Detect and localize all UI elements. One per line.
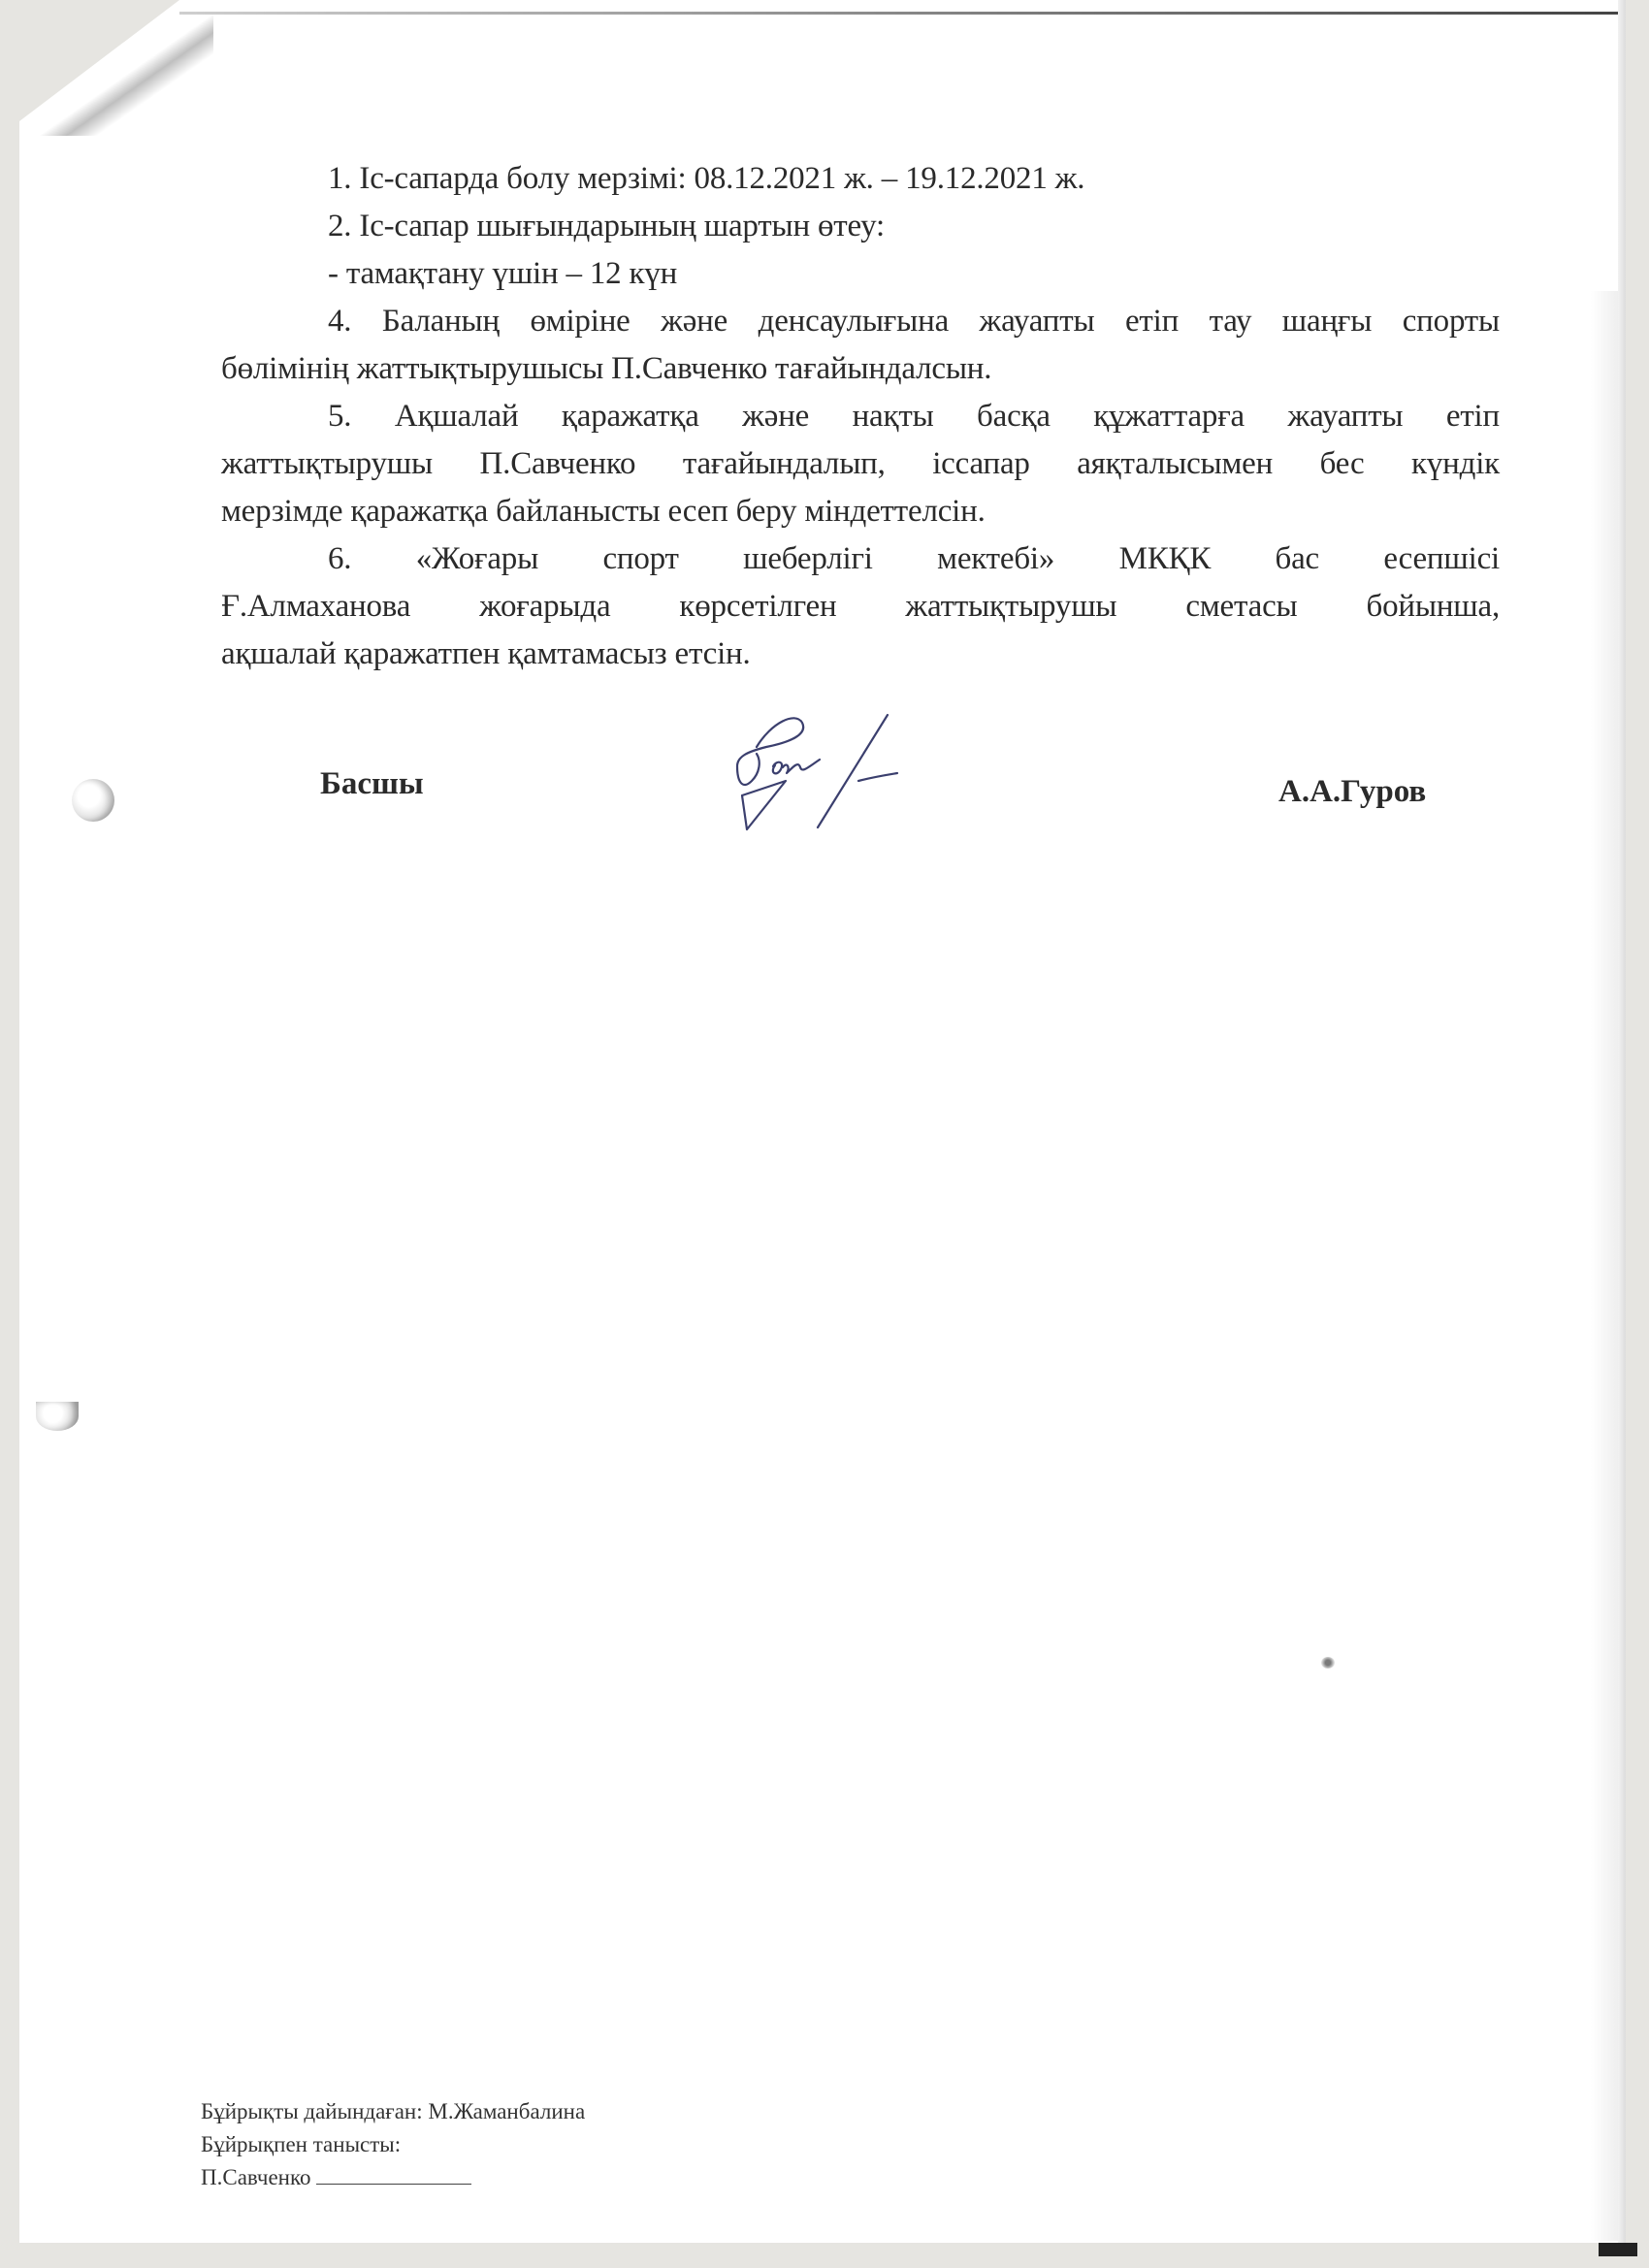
item-5-line-2: жаттықтырушы П.Савченко тағайындалып, іс… — [221, 440, 1500, 488]
handwritten-signature-icon — [713, 703, 926, 849]
paper-right-edge — [1618, 0, 1626, 2243]
order-footer: Бұйрықты дайындаған: М.Жаманбалина Бұйры… — [201, 2095, 585, 2194]
item-6-line-1: 6. «Жоғары спорт шеберлігі мектебі» МКҚК… — [221, 535, 1500, 583]
prepared-by: Бұйрықты дайындаған: М.Жаманбалина — [201, 2095, 585, 2128]
scanned-page: 1. Іс-сапарда болу мерзімі: 08.12.2021 ж… — [0, 0, 1649, 2268]
item-6-paragraph: 6. «Жоғары спорт шеберлігі мектебі» МКҚК… — [221, 535, 1500, 678]
item-1-trip-period: 1. Іс-сапарда болу мерзімі: 08.12.2021 ж… — [221, 155, 1500, 203]
punch-hole-top — [72, 779, 114, 822]
item-4-line-1: 4. Баланың өміріне және денсаулығына жау… — [221, 298, 1500, 345]
punch-hole-bottom — [36, 1402, 79, 1431]
paper-top-edge — [179, 12, 1622, 15]
paper-right-shadow — [1591, 291, 1620, 2241]
signatory-name: А.А.Гуров — [1278, 774, 1426, 810]
ink-speck — [1321, 1657, 1335, 1669]
signatory-title: Басшы — [320, 766, 424, 802]
signature-blank-line — [316, 2162, 471, 2185]
item-6-line-2: Ғ.Алмаханова жоғарыда көрсетілген жаттық… — [221, 583, 1500, 631]
order-body: 1. Іс-сапарда болу мерзімі: 08.12.2021 ж… — [221, 155, 1500, 678]
item-5-line-3: мерзімде қаражатқа байланысты есеп беру … — [221, 488, 1500, 535]
acknowledged-label: Бұйрықпен танысты: — [201, 2128, 585, 2161]
item-6-line-3: ақшалай қаражатпен қамтамасыз етсін. — [221, 631, 1500, 678]
scanner-bottom-edge — [1599, 2243, 1637, 2256]
item-2-expenses: 2. Іс-сапар шығындарының шартын өтеу: — [221, 203, 1500, 250]
item-2-meals: - тамақтану үшін – 12 күн — [221, 250, 1500, 298]
acknowledged-signature-row: П.Савченко — [201, 2161, 585, 2194]
item-4-paragraph: 4. Баланың өміріне және денсаулығына жау… — [221, 298, 1500, 393]
item-4-line-2: бөлімінің жаттықтырушысы П.Савченко таға… — [221, 345, 1500, 393]
item-5-paragraph: 5. Ақшалай қаражатқа және нақты басқа құ… — [221, 393, 1500, 535]
item-5-line-1: 5. Ақшалай қаражатқа және нақты басқа құ… — [221, 393, 1500, 440]
acknowledged-name: П.Савченко — [201, 2165, 310, 2189]
